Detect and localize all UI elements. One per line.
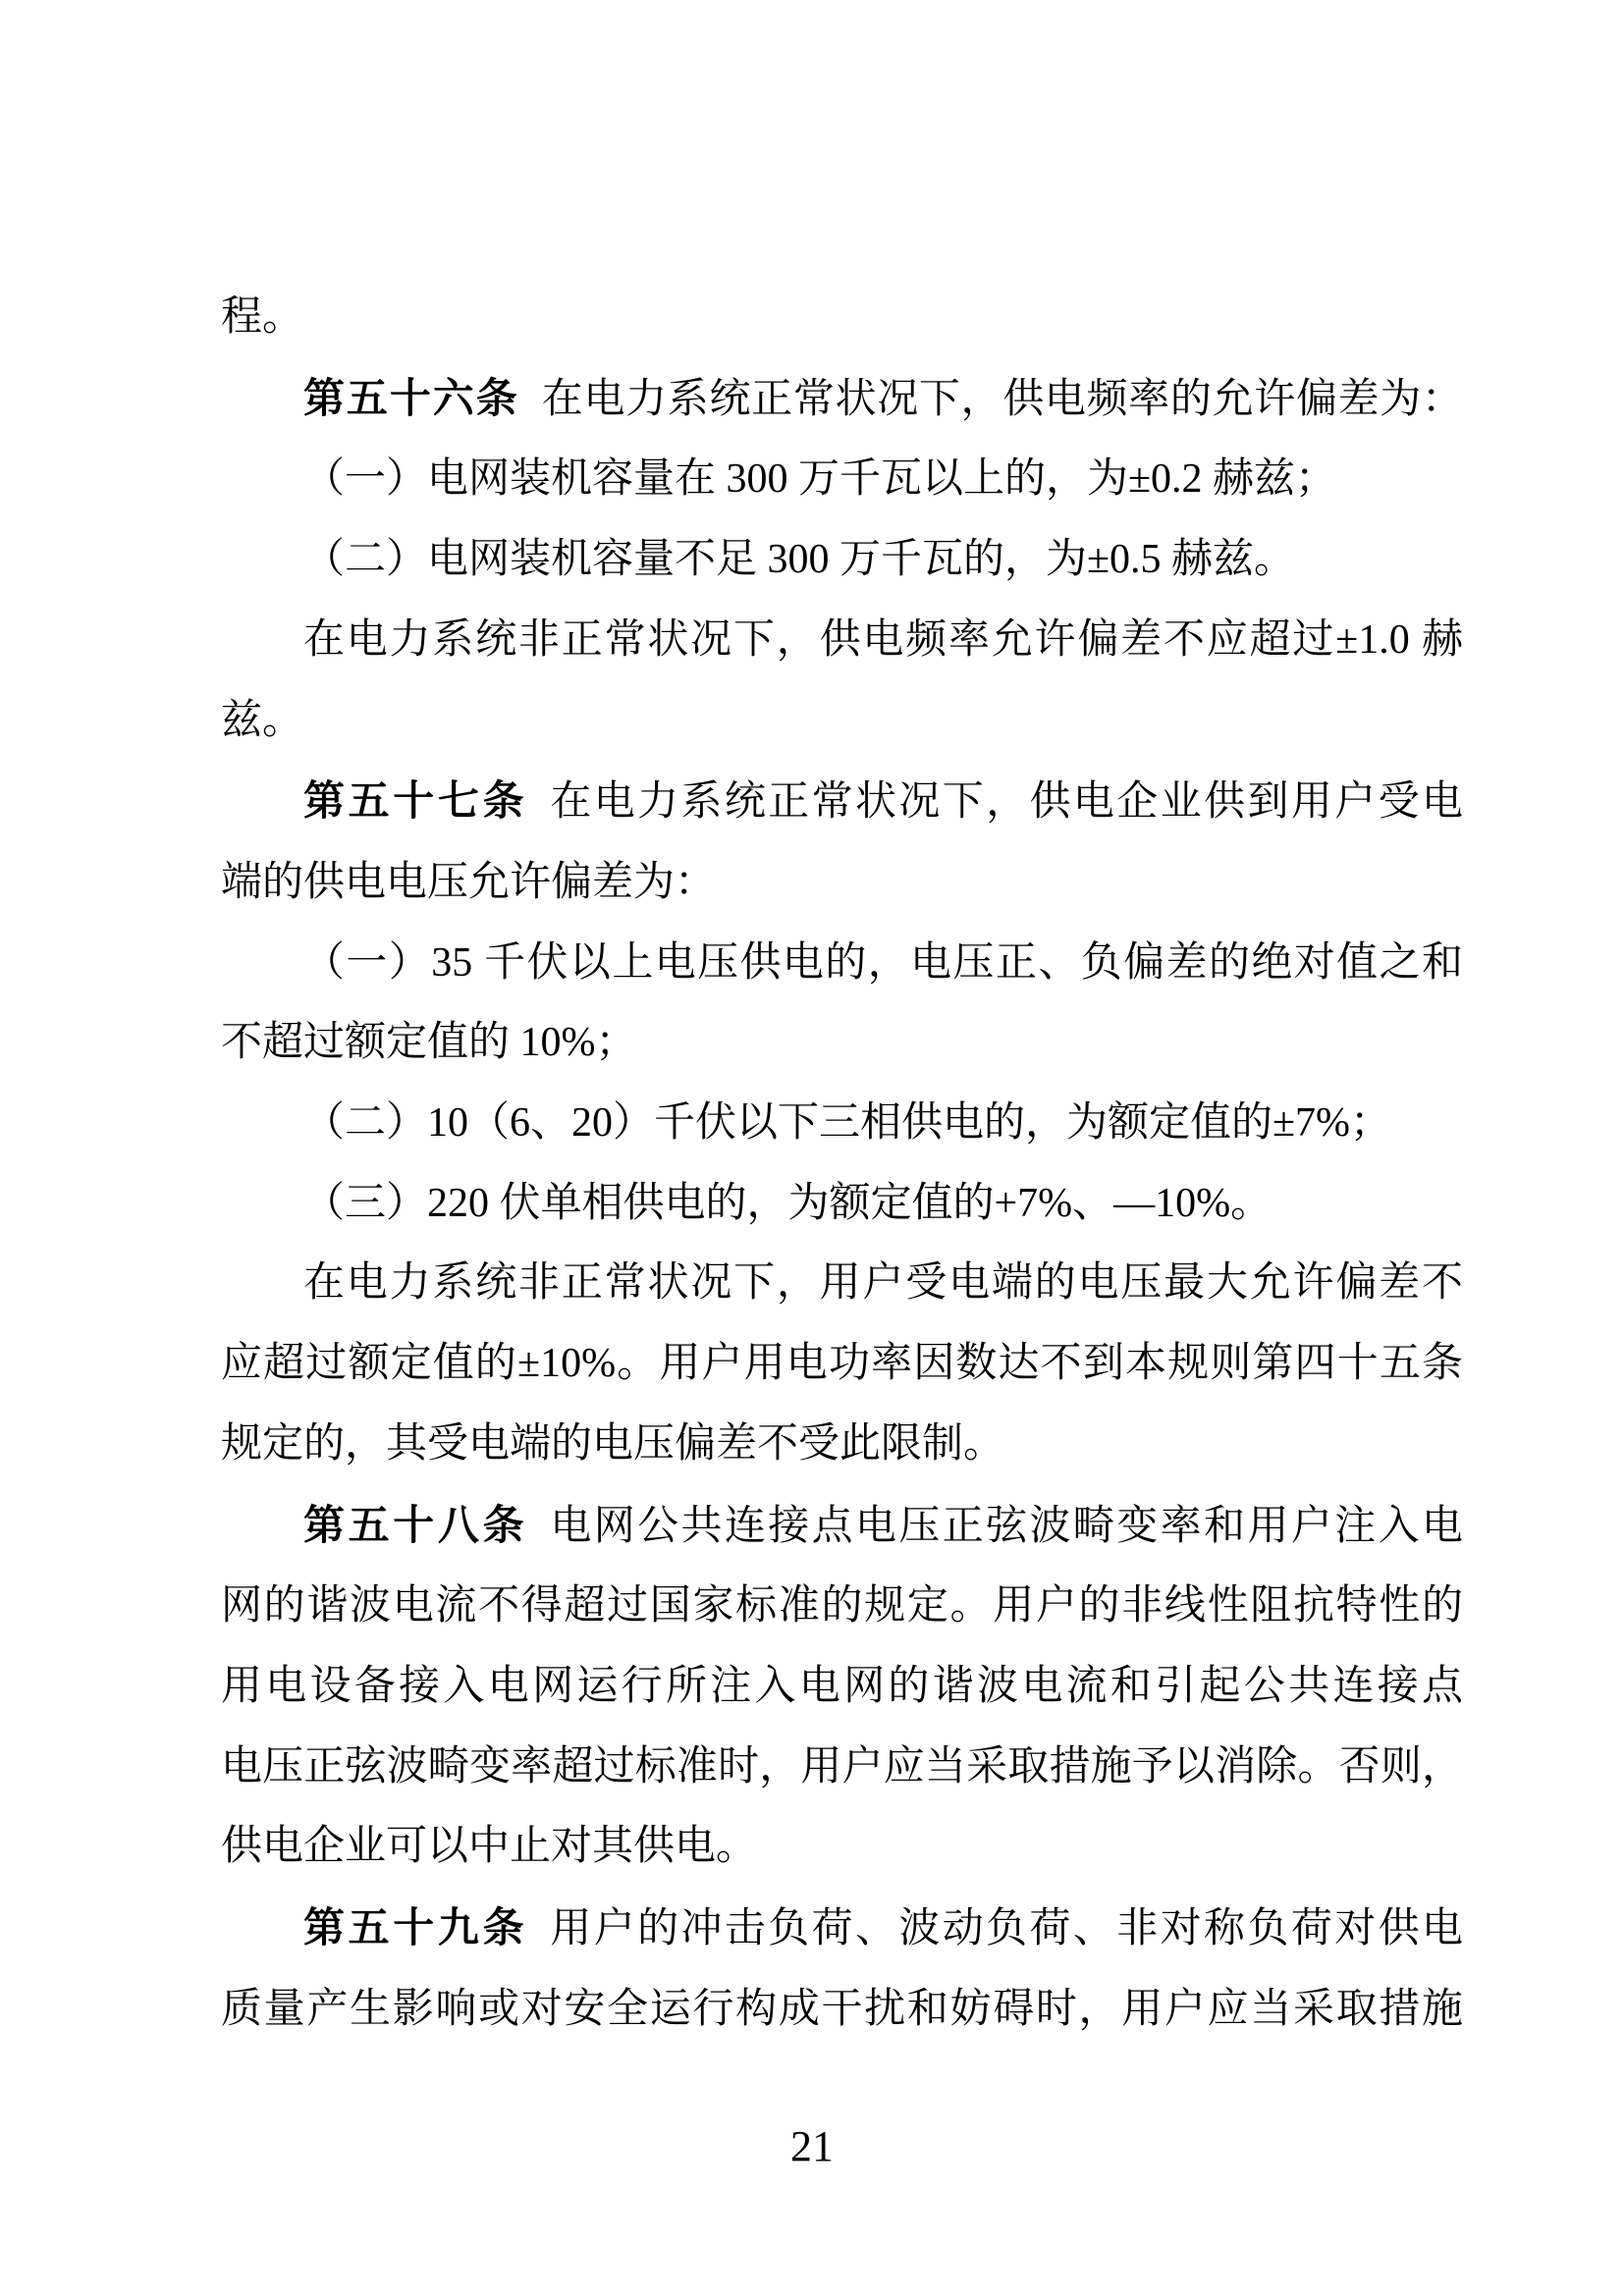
text-line: 规定的，其受电端的电压偏差不受此限制。 — [221, 1405, 1463, 1485]
text-line: 在电力系统非正常状况下，供电频率允许偏差不应超过±1.0 赫 — [221, 601, 1463, 681]
article-number: 第五十九条 — [303, 1904, 527, 1950]
article-number: 第五十七条 — [303, 777, 527, 824]
text-line: （二）10（6、20）千伏以下三相供电的，为额定值的±7%； — [221, 1084, 1463, 1164]
article-number: 第五十六条 — [303, 375, 519, 421]
text-line: 用电设备接入电网运行所注入电网的谐波电流和引起公共连接点 — [221, 1647, 1463, 1728]
text-line: 程。 — [221, 278, 1463, 358]
text-line: 电压正弦波畸变率超过标准时，用户应当采取措施予以消除。否则， — [221, 1728, 1463, 1808]
text-line: 应超过额定值的±10%。用户用电功率因数达不到本规则第四十五条 — [221, 1324, 1463, 1405]
article-number: 第五十八条 — [303, 1502, 527, 1548]
text-line: （三）220 伏单相供电的，为额定值的+7%、—10%。 — [221, 1164, 1463, 1245]
text-line: 第五十七条在电力系统正常状况下，供电企业供到用户受电 — [221, 761, 1463, 843]
text-line: 第五十九条用户的冲击负荷、波动负荷、非对称负荷对供电 — [221, 1888, 1463, 1970]
text-line: 端的供电电压允许偏差为： — [221, 843, 1463, 924]
text-line: 质量产生影响或对安全运行构成干扰和妨碍时，用户应当采取措施 — [221, 1970, 1463, 2051]
text-line: （一）电网装机容量在 300 万千瓦以上的，为±0.2 赫兹； — [221, 440, 1463, 520]
text-line: 第五十八条电网公共连接点电压正弦波畸变率和用户注入电 — [221, 1485, 1463, 1568]
text-line: 在电力系统非正常状况下，用户受电端的电压最大允许偏差不 — [221, 1244, 1463, 1324]
page-number: 21 — [0, 2123, 1624, 2170]
text-line: 不超过额定值的 10%； — [221, 1003, 1463, 1084]
document-body: 程。第五十六条在电力系统正常状况下，供电频率的允许偏差为：（一）电网装机容量在 … — [221, 278, 1463, 2050]
text-line: 兹。 — [221, 681, 1463, 762]
text-line: （一）35 千伏以上电压供电的，电压正、负偏差的绝对值之和 — [221, 924, 1463, 1004]
text-line: 网的谐波电流不得超过国家标准的规定。用户的非线性阻抗特性的 — [221, 1567, 1463, 1647]
text-line: 供电企业可以中止对其供电。 — [221, 1807, 1463, 1888]
text-line: 第五十六条在电力系统正常状况下，供电频率的允许偏差为： — [221, 358, 1463, 441]
document-page: 程。第五十六条在电力系统正常状况下，供电频率的允许偏差为：（一）电网装机容量在 … — [0, 0, 1624, 2296]
text-line: （二）电网装机容量不足 300 万千瓦的，为±0.5 赫兹。 — [221, 520, 1463, 601]
